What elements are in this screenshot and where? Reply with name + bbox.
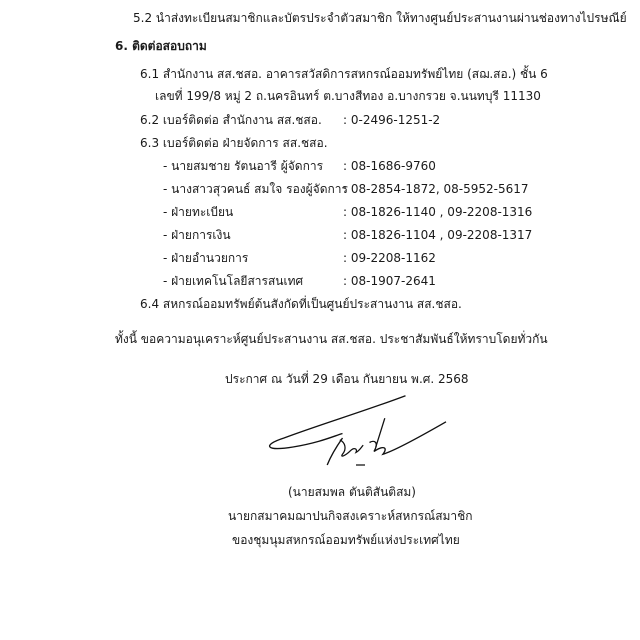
contact-name: - นายสมชาย รัตนอารี ผู้จัดการ	[163, 158, 323, 174]
contact-name: - ฝ่ายการเงิน	[163, 227, 231, 243]
item-6-4: 6.4 สหกรณ์ออมทรัพย์ต้นสังกัดที่เป็นศูนย์…	[140, 296, 462, 312]
closing-statement: ทั้งนี้ ขอความอนุเคราะห์ศูนย์ประสานงาน ส…	[115, 331, 548, 347]
item-6-1-line1: 6.1 สำนักงาน สส.ชสอ. อาคารสวัสดิการสหกรณ…	[140, 66, 548, 82]
item-5-2: 5.2 นำส่งทะเบียนสมาชิกและบัตรประจำตัวสมา…	[133, 10, 627, 26]
contact-name: - ฝ่ายทะเบียน	[163, 204, 233, 220]
item-6-3-label: 6.3 เบอร์ติดต่อ ฝ่ายจัดการ สส.ชสอ.	[140, 135, 328, 151]
contact-name: - ฝ่ายเทคโนโลยีสารสนเทศ	[163, 273, 303, 289]
contact-name: - นางสาวสุวคนธ์ สมใจ รองผู้จัดการ	[163, 181, 348, 197]
signatory-name: (นายสมพล ตันติสันติสม)	[288, 484, 416, 500]
announcement-date: ประกาศ ณ วันที่ 29 เดือน กันยายน พ.ศ. 25…	[225, 371, 469, 387]
contact-phone: : 08-2854-1872, 08-5952-5617	[343, 181, 529, 197]
contact-phone: : 09-2208-1162	[343, 250, 436, 266]
contact-phone: : 08-1826-1104 , 09-2208-1317	[343, 227, 532, 243]
item-6-2-label: 6.2 เบอร์ติดต่อ สำนักงาน สส.ชสอ.	[140, 112, 322, 128]
contact-phone: : 08-1826-1140 , 09-2208-1316	[343, 204, 532, 220]
section-6-heading: 6. ติดต่อสอบถาม	[115, 38, 207, 54]
signatory-title-line1: นายกสมาคมฌาปนกิจสงเคราะห์สหกรณ์สมาชิก	[228, 508, 473, 524]
item-6-1-line2: เลขที่ 199/8 หมู่ 2 ถ.นครอินทร์ ต.บางสีท…	[155, 88, 541, 104]
signature-image	[255, 393, 475, 483]
contact-phone: : 08-1686-9760	[343, 158, 436, 174]
contact-name: - ฝ่ายอำนวยการ	[163, 250, 248, 266]
signatory-title-line2: ของชุมนุมสหกรณ์ออมทรัพย์แห่งประเทศไทย	[232, 532, 460, 548]
item-6-2-phone: : 0-2496-1251-2	[343, 112, 440, 128]
contact-phone: : 08-1907-2641	[343, 273, 436, 289]
